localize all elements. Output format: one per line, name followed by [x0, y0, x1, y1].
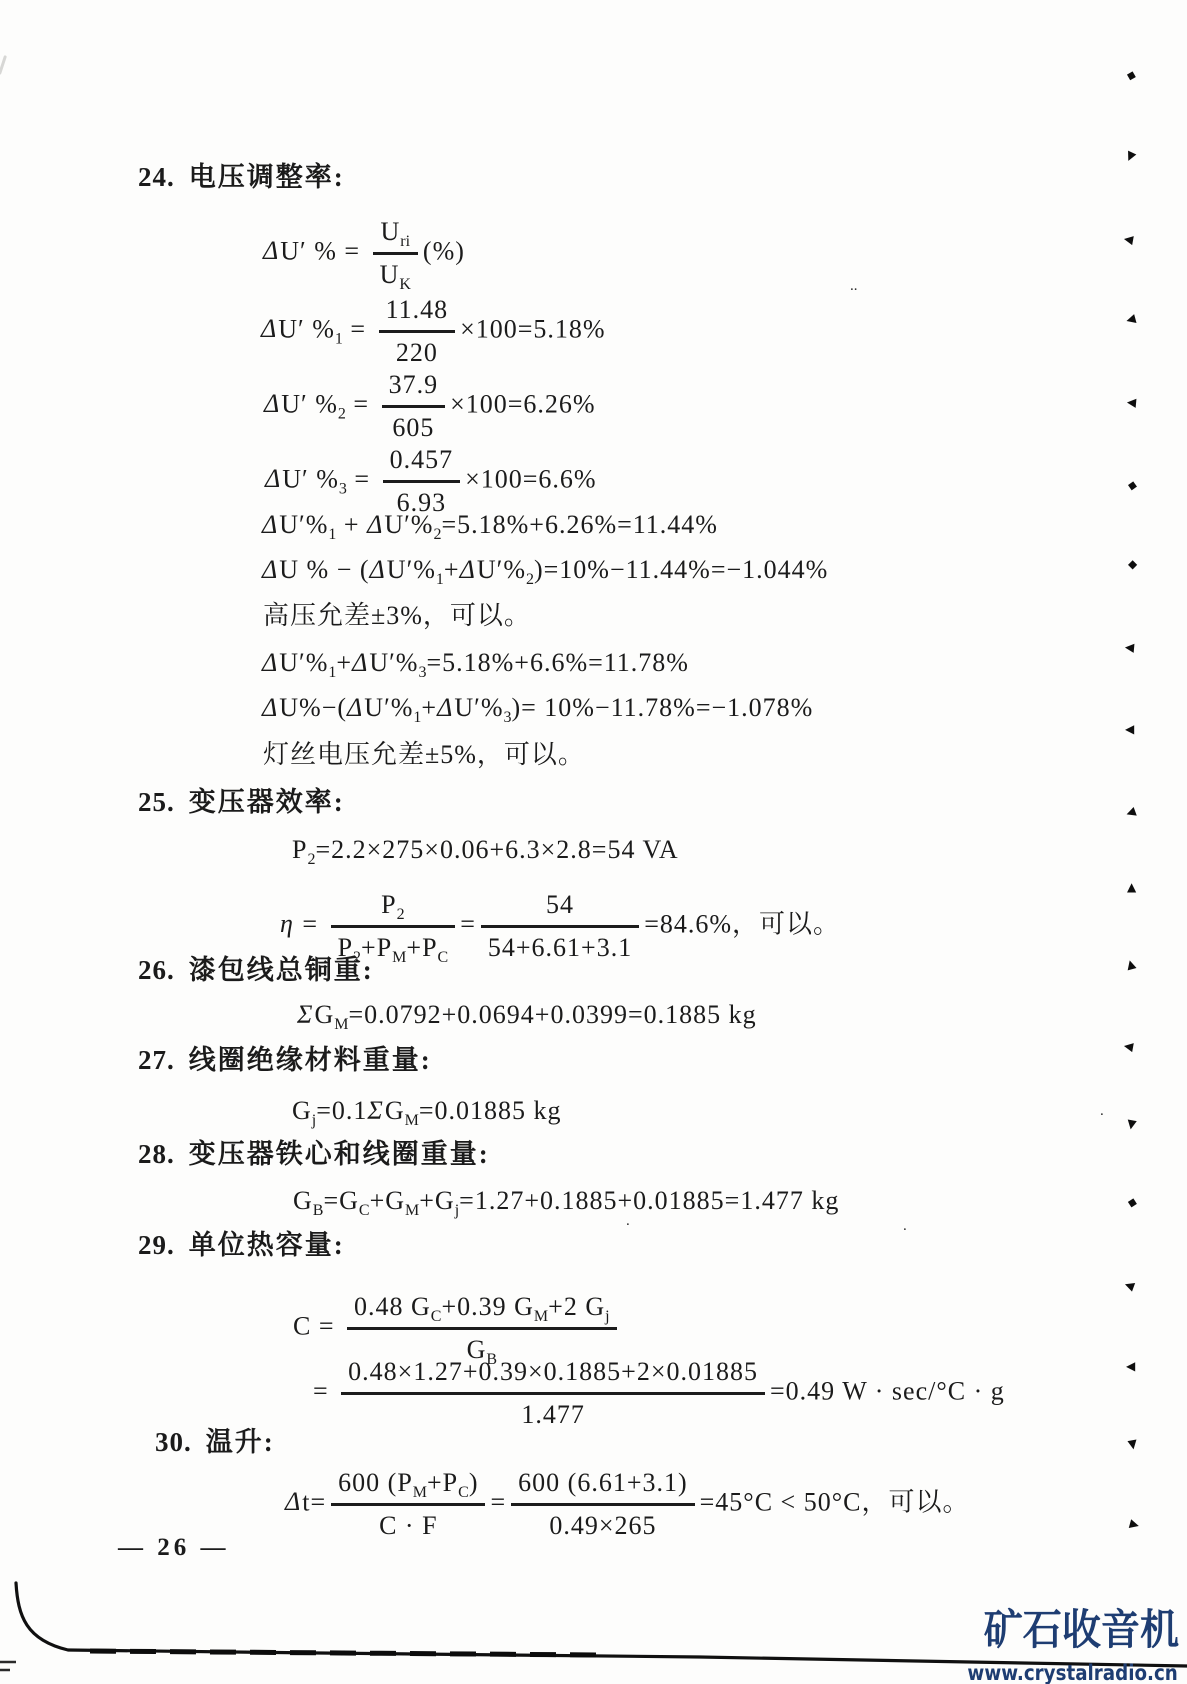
fraction-numerator: 600 (6.61+3.1) [511, 1466, 694, 1506]
fraction-numerator: 37.9 [382, 368, 446, 408]
fraction-denominator: 0.49×265 [511, 1506, 694, 1543]
fraction-denominator: 220 [379, 333, 456, 370]
formula-core-coil-weight: GB=GC+GM+Gj=1.27+0.1885+0.01885=1.477 kg [293, 1184, 839, 1218]
section-27-title: 线圈绝缘材料重量: [189, 1045, 432, 1075]
formula-du-minus-sum-12: ΔU % − (ΔU′%1+ΔU′%2)=10%−11.44%=−1.044% [262, 553, 828, 587]
section-26-number: 26. [138, 955, 175, 985]
binding-mark-icon: ◀ [1123, 1278, 1136, 1292]
fraction: 11.48220 [379, 293, 456, 370]
section-25-heading: 25.变压器效率: [138, 785, 345, 819]
binding-mark-icon: ▼ [1124, 149, 1137, 164]
fraction-numerator: 600 (PM+PC) [331, 1466, 485, 1506]
formula-du-percent-2: ΔU′ %2 = 37.9605×100=6.26% [264, 368, 596, 445]
binding-mark-icon: ◆ [1126, 68, 1138, 82]
formula-du-minus-sum-13: ΔU%−(ΔU′%1+ΔU′%3)= 10%−11.78%=−1.078% [262, 691, 813, 725]
scan-scratch-mark [0, 55, 7, 75]
section-25-title: 变压器效率: [189, 787, 345, 817]
section-30-title: 温升: [206, 1427, 275, 1457]
binding-mark-icon: ◀ [1124, 641, 1134, 654]
section-26-title: 漆包线总铜重: [189, 955, 374, 985]
fraction-denominator: UK [373, 255, 418, 292]
binding-mark-icon: ◀ [1125, 723, 1134, 735]
page-number: — 26 — [118, 1534, 230, 1562]
binding-mark-icon: ▲ [1125, 957, 1137, 971]
fraction-denominator: 605 [382, 408, 446, 445]
binding-mark-icon: ◀ [1125, 312, 1137, 326]
formula-du-percent-1: ΔU′ %1 = 11.48220×100=5.18% [261, 293, 606, 370]
binding-mark-icon: ▲ [1127, 881, 1136, 893]
binding-mark-icon: ▼ [1126, 1117, 1137, 1130]
fraction-denominator: C · F [331, 1506, 485, 1543]
binding-mark-icon: ◆ [1127, 478, 1138, 491]
fraction-numerator: 0.457 [383, 443, 461, 483]
binding-mark-icon: ◀ [1126, 1360, 1135, 1372]
fraction-numerator: P2 [331, 888, 456, 928]
section-27-number: 27. [138, 1045, 175, 1075]
fraction: 600 (6.61+3.1)0.49×265 [511, 1466, 694, 1543]
formula-temperature-rise: Δt=600 (PM+PC)C · F=600 (6.61+3.1)0.49×2… [285, 1466, 969, 1543]
fraction-numerator: 0.48×1.27+0.39×0.1885+2×0.01885 [341, 1355, 765, 1395]
section-24-heading: 24.电压调整率: [138, 160, 345, 194]
formula-voltage-regulation-definition: ΔU′ % = UriUK(%) [263, 215, 465, 292]
binding-mark-icon: ◀ [1124, 805, 1137, 819]
fraction-numerator: 11.48 [379, 293, 456, 333]
binding-mark-icon: ◀ [1126, 396, 1136, 409]
section-28-title: 变压器铁心和线圈重量: [189, 1139, 490, 1169]
binding-mark-icon: ◀ [1123, 232, 1134, 245]
ink-speck: . [1100, 1105, 1104, 1117]
binding-mark-icon: ◆ [1127, 1195, 1139, 1209]
binding-mark-icon: ◆ [1128, 558, 1137, 570]
ink-speck: . [626, 1215, 630, 1227]
section-28-number: 28. [138, 1139, 175, 1169]
section-30-number: 30. [155, 1427, 192, 1457]
section-29-number: 29. [138, 1230, 175, 1260]
note-hv-tolerance: 高压允差±3%，可以。 [263, 599, 531, 633]
fraction-numerator: 0.48 GC+0.39 GM+2 Gj [347, 1290, 617, 1330]
section-29-heading: 29.单位热容量: [138, 1228, 345, 1262]
formula-du1-plus-du2: ΔU′%1 + ΔU′%2=5.18%+6.26%=11.44% [262, 508, 718, 542]
binding-mark-icon: ◀ [1123, 1039, 1134, 1052]
section-24-number: 24. [138, 162, 175, 192]
ink-speck: .. [850, 280, 858, 292]
watermark-url: www.crystalradio.cn [968, 1661, 1178, 1684]
fraction: 0.48×1.27+0.39×0.1885+2×0.018851.477 [341, 1355, 765, 1432]
formula-p2: P2=2.2×275×0.06+6.3×2.8=54 VA [292, 833, 679, 867]
formula-insulation-weight: Gj=0.1ΣGM=0.01885 kg [292, 1094, 562, 1128]
binding-mark-icon: ▼ [1127, 1437, 1138, 1450]
formula-heat-capacity-numeric: = 0.48×1.27+0.39×0.1885+2×0.018851.477=0… [313, 1355, 1005, 1432]
fraction-denominator: 54+6.61+3.1 [481, 928, 639, 965]
fraction-numerator: 54 [481, 888, 639, 928]
binding-mark-icon: ▶ [1129, 1517, 1141, 1531]
scanned-page: { "footer": { "page_number": "— 26 —" },… [0, 0, 1187, 1684]
section-29-title: 单位热容量: [189, 1230, 345, 1260]
ink-speck: . [903, 1220, 907, 1232]
fraction-denominator: 1.477 [341, 1395, 765, 1432]
section-24-title: 电压调整率: [189, 162, 345, 192]
section-27-heading: 27.线圈绝缘材料重量: [138, 1043, 432, 1077]
fraction: 600 (PM+PC)C · F [331, 1466, 485, 1543]
book-page: 24.电压调整率: ΔU′ % = UriUK(%) ΔU′ %1 = 11.4… [0, 0, 1187, 1684]
fraction: UriUK [373, 215, 418, 292]
watermark-logo-text: 矿石收音机 [984, 1597, 1179, 1657]
note-filament-tolerance: 灯丝电压允差±5%，可以。 [263, 738, 585, 772]
fraction: 5454+6.61+3.1 [481, 888, 639, 965]
fraction: 37.9605 [382, 368, 446, 445]
formula-total-copper-weight: ΣGM=0.0792+0.0694+0.0399=0.1885 kg [297, 998, 757, 1032]
fraction-numerator: Uri [373, 215, 418, 255]
section-28-heading: 28.变压器铁心和线圈重量: [138, 1137, 490, 1171]
section-30-heading: 30.温升: [155, 1425, 275, 1459]
section-26-heading: 26.漆包线总铜重: [138, 953, 374, 987]
section-25-number: 25. [138, 787, 175, 817]
formula-du1-plus-du3: ΔU′%1+ΔU′%3=5.18%+6.6%=11.78% [262, 646, 689, 680]
